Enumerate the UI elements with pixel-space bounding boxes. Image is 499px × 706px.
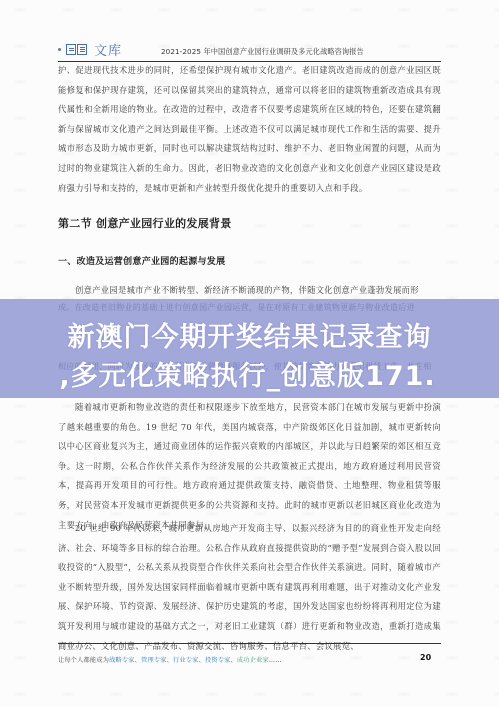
footer-link-industry[interactable]: 行业专家 — [173, 657, 199, 664]
footer-divider — [58, 643, 441, 644]
paragraph-3: 20 世纪 90 年代以来，城市更新从房地产开发商主导、以振兴经济为目的的商业性… — [58, 519, 441, 656]
report-title: 2021-2025 年中国创意产业园行业调研及多元化战略咨询报告 — [161, 47, 364, 57]
footer-suffix: …… — [269, 657, 282, 664]
paragraph-2: 随着城市更新和物业改造的责任和权限逐步下放至地方，民营资本部门在城市发展与更新中… — [58, 398, 441, 535]
footer-link-management[interactable]: 管理专家 — [141, 657, 167, 664]
page-header: 文库 2021-2025 年中国创意产业园行业调研及多元化战略咨询报告 — [58, 38, 441, 62]
brand-logo: 文库 — [58, 40, 122, 59]
footer-link-investment[interactable]: 投资专家 — [205, 657, 231, 664]
page-number: 20 — [420, 653, 431, 662]
section-subtitle: 一、改造及运营创意产业园的起源与发展 — [58, 254, 225, 267]
section-title: 第二节 创意产业园行业的发展背景 — [58, 215, 232, 231]
footer-link-strategy[interactable]: 战略专家 — [109, 657, 135, 664]
footer-prefix: 让每个人都能成为 — [58, 657, 109, 664]
footer-link-entrepreneur[interactable]: 成功企业家 — [237, 657, 269, 664]
logo-dot-icon — [58, 48, 61, 51]
logo-mark-icon — [66, 44, 87, 55]
obscured-text-line: 成。在改造老旧物业的基础上进行创意园产业园运营，是在对原有工业建筑物更新与物业改… — [58, 302, 441, 313]
logo-text: 文库 — [94, 40, 122, 59]
overlay-banner[interactable]: 成。在改造老旧物业的基础上进行创意园产业园运营，是在对原有工业建筑物更新与物业改… — [0, 299, 499, 398]
banner-headline-line-1: 新澳门今期开奖结果记录查询 — [0, 315, 499, 354]
paragraph-1-first-line: 创意产业园是城市产业不断转型、新经济不断涌现的产物，伴随文化创意产业蓬勃发展而形 — [58, 281, 441, 301]
banner-headline-line-2: ,多元化策略执行_创意版171. — [0, 354, 497, 393]
document-page: 文库 2021-2025 年中国创意产业园行业调研及多元化战略咨询报告 护、促进… — [0, 0, 499, 706]
intro-paragraph: 护、促进现代技术进步的同时，还希望保护现有城市文化遗产。老旧建筑改造而成的创意产… — [58, 61, 441, 198]
footer-slogan: 让每个人都能成为战略专家、管理专家、行业专家、投资专家、成功企业家…… — [58, 655, 282, 664]
